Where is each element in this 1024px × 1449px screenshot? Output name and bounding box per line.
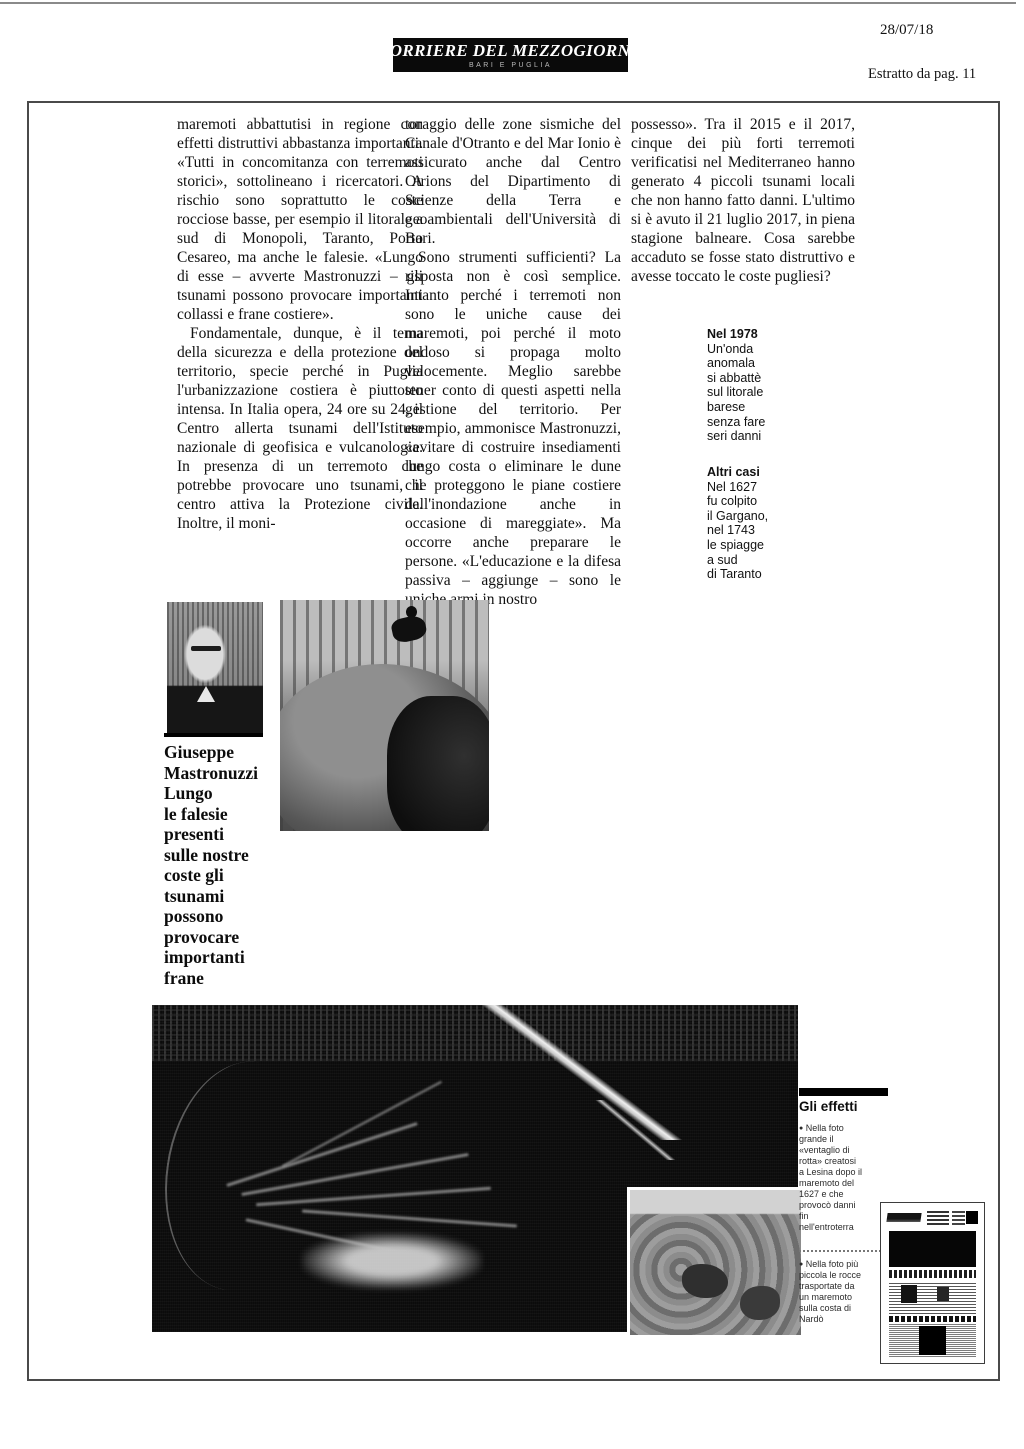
- masthead-logo: CORRIERE DEL MEZZOGIORNO BARI E PUGLIA: [393, 38, 628, 72]
- scan-edge-line: [0, 2, 1016, 4]
- article-frame: maremoti abbattutisi in regione con effe…: [27, 101, 1000, 1381]
- scanned-newspaper-clipping: CORRIERE DEL MEZZOGIORNO BARI E PUGLIA 2…: [0, 0, 1024, 1449]
- thumbnail-photo-block: [937, 1287, 949, 1301]
- article-paragraph: Fondamentale, dunque, è il tema della si…: [177, 324, 423, 533]
- person-silhouette-body: [390, 614, 428, 645]
- masthead-subtitle: BARI E PUGLIA: [469, 62, 552, 69]
- article-paragraph: possesso». Tra il 2015 e il 2017, cinque…: [631, 115, 855, 286]
- masthead-title: CORRIERE DEL MEZZOGIORNO: [378, 41, 643, 61]
- thumbnail-masthead: [886, 1213, 921, 1222]
- rock-shape: [682, 1264, 728, 1298]
- sidebar-note-title: Altri casi: [707, 465, 787, 480]
- effects-bullet-text: Nella foto grande il «ventaglio di rotta…: [799, 1123, 862, 1232]
- article-column-1: maremoti abbattutisi in regione con effe…: [177, 115, 423, 533]
- article-column-2: toraggio delle zone sismiche del Canale …: [405, 115, 621, 609]
- clip-date: 28/07/18: [880, 22, 933, 39]
- boulder-shadow-shape: [387, 696, 489, 831]
- effects-header-bar: [799, 1088, 888, 1096]
- photo-caption: Giuseppe Mastronuzzi Lungo le falesie pr…: [164, 742, 282, 988]
- sidebar-note-altri-casi: Altri casi Nel 1627 fu colpito il Gargan…: [707, 465, 787, 582]
- thumbnail-headline-block: [927, 1210, 949, 1225]
- rock-boulder-photo: [280, 600, 489, 831]
- article-column-3: possesso». Tra il 2015 e il 2017, cinque…: [631, 115, 855, 286]
- thumbnail-headline-block: [952, 1210, 965, 1225]
- effects-bullet-text: Nella foto più piccola le rocce trasport…: [799, 1259, 861, 1324]
- inset-rocks-photo: [627, 1187, 801, 1335]
- thumbnail-photo-block: [966, 1211, 978, 1224]
- sidebar-note-1978: Nel 1978 Un'onda anomala si abbattè sul …: [707, 327, 787, 444]
- thumbnail-headline-band: [889, 1316, 976, 1322]
- sidebar-note-title: Nel 1978: [707, 327, 787, 342]
- thumbnail-photo-block: [901, 1285, 917, 1303]
- dotted-divider: [799, 1250, 885, 1252]
- thumbnail-main-photo: [889, 1231, 976, 1267]
- extract-page-note: Estratto da pag. 11: [868, 66, 976, 83]
- portrait-collar-shape: [197, 686, 215, 702]
- rock-shape: [740, 1286, 780, 1320]
- effects-bullet-1: ● Nella foto grande il «ventaglio di rot…: [799, 1123, 891, 1233]
- article-paragraph: toraggio delle zone sismiche del Canale …: [405, 115, 621, 248]
- portrait-photo-mastronuzzi: [167, 602, 263, 736]
- article-paragraph: Sono strumenti sufficienti? La risposta …: [405, 248, 621, 609]
- newspaper-page-thumbnail: [880, 1202, 985, 1364]
- sidebar-note-text: Nel 1627 fu colpito il Gargano, nel 1743…: [707, 480, 787, 582]
- effects-title: Gli effetti: [799, 1099, 889, 1114]
- effects-bullet-2: ● Nella foto più piccola le rocce traspo…: [799, 1259, 891, 1325]
- caption-rule: [164, 733, 263, 737]
- thumbnail-caption-band: [889, 1270, 976, 1278]
- article-paragraph: maremoti abbattutisi in regione con effe…: [177, 115, 423, 324]
- portrait-glasses-shape: [191, 646, 221, 651]
- sidebar-note-text: Un'onda anomala si abbattè sul litorale …: [707, 342, 787, 444]
- thumbnail-bottom-photo: [919, 1326, 946, 1355]
